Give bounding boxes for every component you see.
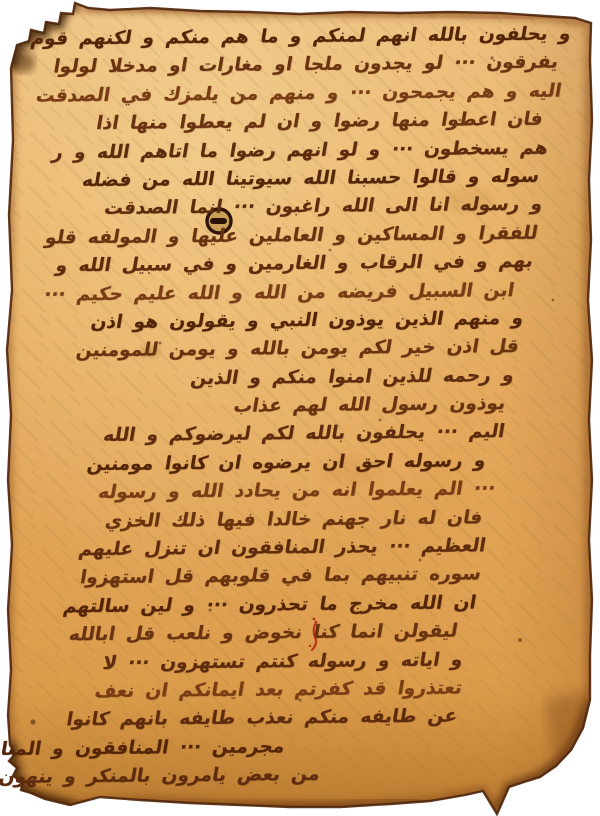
manuscript-text-line: من بعض يامرون بالمنكر و ينهون عن المعروف <box>0 760 450 794</box>
manuscript-photo: و يحلفون بالله انهم لمنكم و ما هم منكم و… <box>0 0 600 816</box>
manuscript-text-line: بهم و في الرقاب و الغارمين و في سبيل الل… <box>0 248 535 282</box>
manuscript-text-line: عن طايفه منكم نعذب طايفه بانهم كانوا <box>0 703 459 737</box>
manuscript-text-line: فان اعطوا منها رضوا و ان لم يعطوا منها ا… <box>17 106 559 140</box>
